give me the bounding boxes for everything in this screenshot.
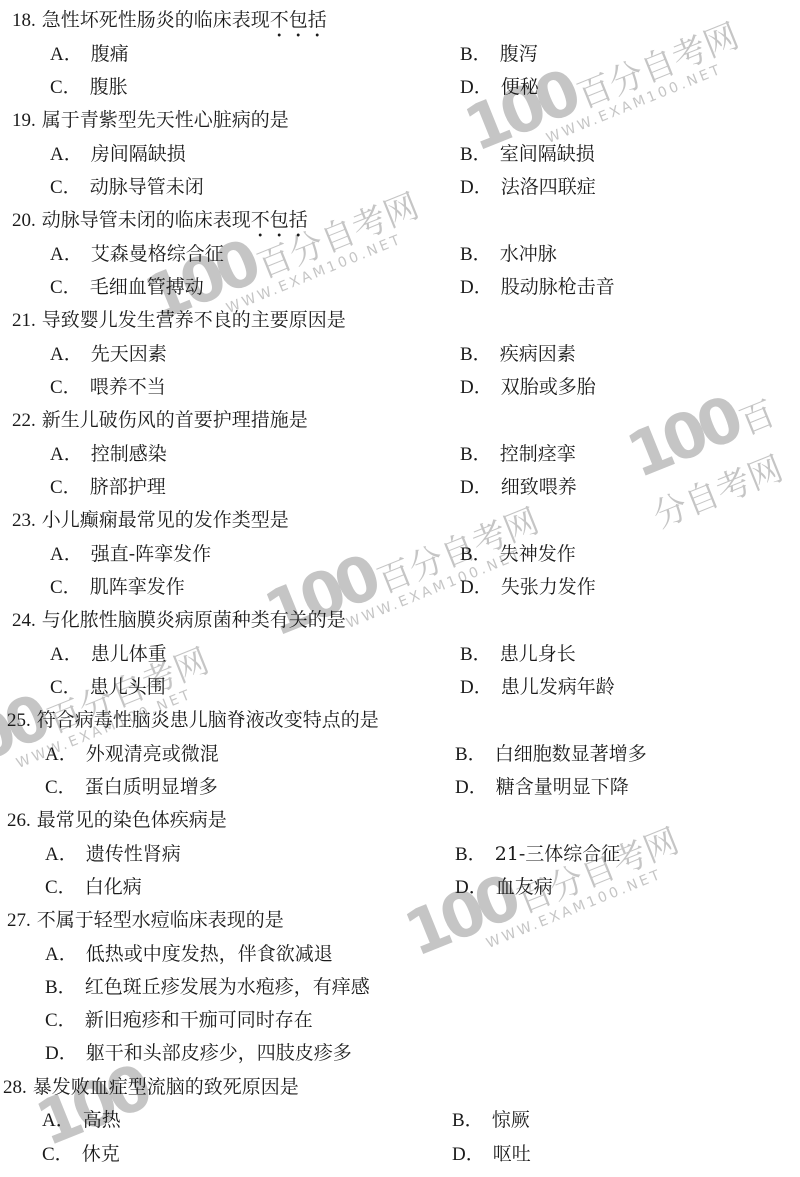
option-20-a: A．艾森曼格综合征: [50, 242, 224, 267]
option-28-b: B．惊厥: [452, 1108, 530, 1133]
option-25-d: D．糖含量明显下降: [455, 775, 629, 800]
option-22-d: D．细致喂养: [460, 475, 577, 500]
option-27-a: A．低热或中度发热，伴食欲减退: [45, 942, 333, 967]
option-20-c: C．毛细血管搏动: [50, 275, 204, 300]
option-23-c: C．肌阵挛发作: [50, 575, 185, 600]
option-22-b: B．控制痉挛: [460, 442, 576, 467]
question-23-stem: 23.小儿癫痫最常见的发作类型是: [12, 508, 289, 533]
option-19-c: C．动脉导管未闭: [50, 175, 204, 200]
option-19-d: D．法洛四联症: [460, 175, 596, 200]
option-26-c: C．白化病: [45, 875, 142, 900]
option-26-b: B．21-三体综合征: [455, 842, 620, 867]
watermark-url: WWW.EXAM100.NET: [544, 51, 750, 147]
option-26-a: A．遗传性肾病: [45, 842, 181, 867]
option-22-a: A．控制感染: [50, 442, 167, 467]
option-21-a: A．先天因素: [50, 342, 167, 367]
option-28-a: A．高热: [42, 1108, 121, 1133]
option-21-d: D．双胎或多胎: [460, 375, 596, 400]
option-21-b: B．疾病因素: [460, 342, 576, 367]
option-28-c: C．休克: [42, 1142, 120, 1167]
option-18-c: C．腹胀: [50, 75, 128, 100]
question-21-stem: 21.导致婴儿发生营养不良的主要原因是: [12, 308, 346, 333]
option-23-d: D．失张力发作: [460, 575, 596, 600]
option-18-a: A．腹痛: [50, 42, 129, 67]
option-23-a: A．强直-阵挛发作: [50, 542, 211, 567]
option-26-d: D．血友病: [455, 875, 553, 900]
option-24-c: C．患儿头围: [50, 675, 166, 700]
question-19-stem: 19.属于青紫型先天性心脏病的是: [12, 108, 289, 133]
exam-page: 100百分自考网 WWW.EXAM100.NET 100百分自考网 WWW.EX…: [0, 0, 800, 1177]
option-25-b: B．白细胞数显著增多: [455, 742, 647, 767]
question-18-stem: 18.急性坏死性肠炎的临床表现不包括: [12, 8, 327, 42]
option-18-d: D．便秘: [460, 75, 539, 100]
question-24-stem: 24.与化脓性脑膜炎病原菌种类有关的是: [12, 608, 346, 633]
option-24-d: D．患儿发病年龄: [460, 675, 615, 700]
option-27-d: D．躯干和头部皮疹少，四肢皮疹多: [45, 1041, 352, 1066]
option-27-b: B．红色斑丘疹发展为水疱疹，有痒感: [45, 975, 370, 1000]
option-20-d: D．股动脉枪击音: [460, 275, 615, 300]
question-26-stem: 26.最常见的染色体疾病是: [7, 808, 227, 833]
option-25-a: A．外观清亮或微混: [45, 742, 219, 767]
option-19-a: A．房间隔缺损: [50, 142, 186, 167]
option-20-b: B．水冲脉: [460, 242, 557, 267]
option-18-b: B．腹泻: [460, 42, 538, 67]
option-21-c: C．喂养不当: [50, 375, 166, 400]
watermark-name: 百分自考网: [572, 16, 745, 117]
option-19-b: B．室间隔缺损: [460, 142, 595, 167]
option-24-a: A．患儿体重: [50, 642, 167, 667]
question-28-stem: 28.暴发败血症型流脑的致死原因是: [3, 1075, 299, 1100]
question-25-stem: 25.符合病毒性脑炎患儿脑脊液改变特点的是: [7, 708, 379, 733]
option-22-c: C．脐部护理: [50, 475, 166, 500]
option-24-b: B．患儿身长: [460, 642, 576, 667]
option-27-c: C．新旧疱疹和干痂可同时存在: [45, 1008, 313, 1033]
question-27-stem: 27.不属于轻型水痘临床表现的是: [7, 908, 284, 933]
watermark: 100百分自考网: [617, 365, 800, 538]
question-22-stem: 22.新生儿破伤风的首要护理措施是: [12, 408, 308, 433]
option-23-b: B．失神发作: [460, 542, 576, 567]
option-25-c: C．蛋白质明显增多: [45, 775, 218, 800]
question-20-stem: 20.动脉导管未闭的临床表现不包括: [12, 208, 308, 242]
option-28-d: D．呕吐: [452, 1142, 531, 1167]
